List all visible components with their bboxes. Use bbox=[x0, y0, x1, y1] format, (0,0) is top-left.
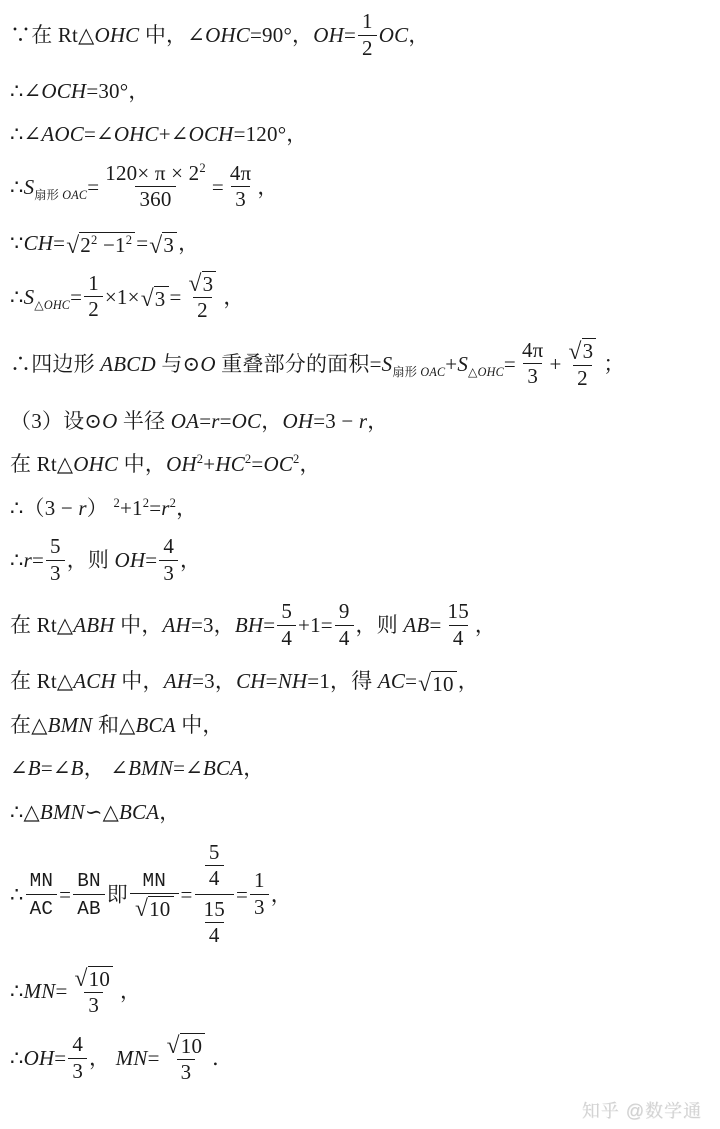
subscript: 扇形 OAC bbox=[34, 188, 87, 202]
math-variable: ABH bbox=[73, 613, 114, 637]
radicand: 10 bbox=[431, 671, 456, 696]
math-variable: B bbox=[71, 756, 84, 780]
numerator: 4π bbox=[226, 162, 256, 187]
math-variable: OAC bbox=[62, 188, 87, 202]
line-6-triangle-OHC-area: ∴S△OHC=12×1×√3=√32， bbox=[10, 273, 706, 325]
denominator: 2 bbox=[358, 35, 377, 61]
numerator: 5 bbox=[277, 600, 296, 625]
subscript: △OHC bbox=[468, 365, 504, 379]
line-19-final-answers: ∴OH=43， MN=√103． bbox=[10, 1034, 706, 1086]
math-variable: r bbox=[161, 496, 169, 520]
fraction: 54 bbox=[277, 600, 296, 650]
math-solution-document: ∵在 Rt△OHC 中，∠OHC=90°，OH=12OC，∴∠OCH=30°，∴… bbox=[0, 0, 720, 1087]
fraction: 120× π × 22360 bbox=[101, 162, 210, 212]
denominator: √10 bbox=[130, 893, 179, 921]
line-1-given-right-triangle-OHC: ∵在 Rt△OHC 中，∠OHC=90°，OH=12OC， bbox=[10, 12, 706, 62]
math-variable: O bbox=[102, 409, 117, 433]
numerator: 5 bbox=[205, 841, 224, 866]
denominator: 3 bbox=[46, 560, 65, 586]
line-18-MN-result: ∴MN=√103， bbox=[10, 967, 706, 1019]
math-variable: ACH bbox=[73, 669, 116, 693]
math-variable: AOC bbox=[41, 122, 84, 146]
denominator: 4 bbox=[335, 625, 354, 651]
denominator: 360 bbox=[135, 186, 175, 212]
math-variable: B bbox=[28, 756, 41, 780]
math-variable: OH bbox=[24, 1046, 55, 1070]
fraction: 54154 bbox=[195, 839, 234, 950]
math-roman: AB bbox=[77, 898, 101, 920]
numerator: MN bbox=[138, 868, 170, 894]
fraction: √103 bbox=[70, 965, 119, 1017]
fraction: 94 bbox=[335, 600, 354, 650]
math-variable: OCH bbox=[41, 79, 86, 103]
zhihu-watermark: 知乎 @数学通 bbox=[582, 1097, 702, 1123]
math-variable: S bbox=[382, 352, 393, 376]
square-root: √3 bbox=[569, 338, 597, 363]
denominator: 3 bbox=[84, 992, 103, 1018]
numerator: 1 bbox=[84, 272, 103, 297]
denominator: 4 bbox=[277, 625, 296, 651]
superscript: 2 bbox=[170, 496, 177, 510]
math-roman: BN bbox=[77, 870, 101, 892]
math-variable: OHC bbox=[478, 365, 504, 379]
radicand: 10 bbox=[180, 1033, 205, 1058]
square-root: √3 bbox=[189, 271, 217, 296]
math-variable: CH bbox=[236, 669, 266, 693]
denominator: 2 bbox=[84, 296, 103, 322]
fraction: 13 bbox=[250, 869, 269, 919]
line-12-triangle-ABH: 在 Rt△ABH 中，AH=3，BH=54+1=94，则 AB=154， bbox=[10, 602, 706, 652]
math-variable: BCA bbox=[119, 800, 159, 824]
radicand: 3 bbox=[162, 232, 177, 257]
square-root: √10 bbox=[135, 896, 174, 921]
denominator: 3 bbox=[523, 363, 542, 389]
fraction: MNAC bbox=[26, 868, 58, 920]
square-root: √3 bbox=[149, 232, 177, 257]
radical-sign-icon: √ bbox=[75, 967, 88, 991]
denominator: 4 bbox=[205, 865, 224, 891]
math-variable: HC bbox=[215, 452, 245, 476]
math-roman: MN bbox=[142, 870, 166, 892]
numerator: 4π bbox=[518, 339, 548, 364]
radical-sign-icon: √ bbox=[569, 340, 582, 364]
superscript: 2 bbox=[199, 161, 206, 175]
denominator: 3 bbox=[250, 894, 269, 920]
fraction: 12 bbox=[84, 272, 103, 322]
math-variable: OH bbox=[115, 548, 146, 572]
math-variable: BH bbox=[235, 613, 263, 637]
line-16-similar-triangles: ∴△BMN∽△BCA， bbox=[10, 798, 706, 826]
radical-sign-icon: √ bbox=[141, 287, 154, 311]
numerator: 120× π × 22 bbox=[101, 162, 210, 187]
numerator: 15 bbox=[444, 600, 473, 625]
math-variable: CH bbox=[24, 231, 54, 255]
denominator: 4 bbox=[205, 922, 224, 948]
superscript: 2 bbox=[143, 496, 150, 510]
math-variable: AC bbox=[378, 669, 405, 693]
line-14-triangles-BMN-BCA: 在△BMN 和△BCA 中， bbox=[10, 711, 706, 739]
fraction: MN√10 bbox=[130, 868, 179, 921]
radicand: 3 bbox=[154, 286, 169, 311]
numerator: 1 bbox=[250, 869, 269, 894]
denominator: 154 bbox=[195, 894, 234, 950]
fraction: 43 bbox=[159, 535, 178, 585]
math-variable: OC bbox=[379, 23, 409, 47]
math-variable: r bbox=[211, 409, 219, 433]
denominator: AC bbox=[26, 894, 58, 921]
math-variable: OHC bbox=[44, 298, 70, 312]
square-root: √10 bbox=[75, 966, 114, 991]
math-variable: OHC bbox=[114, 122, 159, 146]
math-variable: MN bbox=[116, 1046, 148, 1070]
line-9-pythagorean-OHC: 在 Rt△OHC 中，OH2+HC2=OC2， bbox=[10, 450, 706, 478]
denominator: 3 bbox=[231, 186, 250, 212]
math-variable: AH bbox=[163, 613, 191, 637]
math-variable: AH bbox=[164, 669, 192, 693]
math-variable: OH bbox=[313, 23, 344, 47]
numerator: √3 bbox=[184, 271, 222, 298]
subscript: △OHC bbox=[34, 298, 70, 312]
fraction: BNAB bbox=[73, 868, 105, 920]
radical-sign-icon: √ bbox=[149, 234, 162, 258]
line-11-solve-r-and-OH: ∴r=53，则 OH=43， bbox=[10, 537, 706, 587]
square-root: √10 bbox=[418, 671, 457, 696]
denominator: 3 bbox=[68, 1058, 87, 1084]
denominator: 3 bbox=[177, 1059, 196, 1085]
fraction: 4π3 bbox=[226, 162, 256, 212]
line-15-equal-angles: ∠B=∠B， ∠BMN=∠BCA， bbox=[10, 754, 706, 782]
math-variable: OH bbox=[166, 452, 197, 476]
math-variable: S bbox=[24, 284, 35, 308]
math-variable: BMN bbox=[48, 713, 93, 737]
math-variable: OC bbox=[263, 452, 293, 476]
numerator: √10 bbox=[162, 1032, 211, 1059]
radical-sign-icon: √ bbox=[167, 1034, 180, 1058]
math-variable: OCH bbox=[189, 122, 234, 146]
fraction: 4π3 bbox=[518, 339, 548, 389]
math-variable: S bbox=[24, 175, 35, 199]
radicand: 10 bbox=[148, 896, 173, 921]
line-10-equation: ∴（3 − r） 2+12=r2， bbox=[10, 494, 706, 522]
denominator: 2 bbox=[193, 297, 212, 323]
line-7-overlap-area-conclusion: ∴四边形 ABCD 与⊙O 重叠部分的面积=S扇形 OAC+S△OHC=4π3+… bbox=[10, 340, 706, 392]
denominator: AB bbox=[73, 894, 105, 921]
line-4-sector-area: ∴S扇形 OAC=120× π × 22360=4π3， bbox=[10, 164, 706, 214]
solution-lines: ∵在 Rt△OHC 中，∠OHC=90°，OH=12OC，∴∠OCH=30°，∴… bbox=[10, 12, 706, 1087]
square-root: √10 bbox=[167, 1033, 206, 1058]
math-roman: MN bbox=[30, 870, 54, 892]
math-variable: r bbox=[78, 496, 86, 520]
line-13-triangle-ACH: 在 Rt△ACH 中，AH=3，CH=NH=1，得 AC=√10， bbox=[10, 667, 706, 696]
superscript: 2 bbox=[245, 452, 252, 466]
fraction: √32 bbox=[184, 271, 222, 323]
fraction: 43 bbox=[68, 1033, 87, 1083]
denominator: 3 bbox=[159, 560, 178, 586]
math-variable: OAC bbox=[420, 365, 445, 379]
radical-sign-icon: √ bbox=[135, 897, 148, 921]
math-variable: S bbox=[457, 352, 468, 376]
math-variable: BMN bbox=[128, 756, 173, 780]
denominator: 2 bbox=[573, 365, 592, 391]
math-variable: MN bbox=[24, 979, 56, 1003]
fraction: 12 bbox=[358, 10, 377, 60]
fraction: 154 bbox=[200, 898, 229, 948]
math-variable: r bbox=[24, 548, 32, 572]
numerator: √3 bbox=[564, 338, 602, 365]
denominator: 4 bbox=[449, 625, 468, 651]
math-variable: OHC bbox=[205, 23, 250, 47]
math-roman: AC bbox=[30, 898, 54, 920]
line-3-angle-AOC: ∴∠AOC=∠OHC+∠OCH=120°， bbox=[10, 120, 706, 148]
superscript: 2 bbox=[126, 233, 133, 247]
numerator: BN bbox=[73, 868, 105, 894]
radicand: 22 −12 bbox=[79, 232, 135, 257]
numerator: 54 bbox=[200, 839, 229, 894]
math-variable: BMN bbox=[40, 800, 85, 824]
line-17-ratio-equation: ∴MNAC=BNAB即MN√10=54154=13， bbox=[10, 841, 706, 952]
radical-sign-icon: √ bbox=[189, 272, 202, 296]
math-variable: OA bbox=[171, 409, 199, 433]
numerator: √10 bbox=[70, 965, 119, 992]
math-variable: NH bbox=[278, 669, 308, 693]
numerator: 4 bbox=[159, 535, 178, 560]
superscript: 2 bbox=[293, 452, 300, 466]
radicand: 10 bbox=[88, 966, 113, 991]
radicand: 3 bbox=[582, 338, 597, 363]
math-variable: O bbox=[200, 352, 215, 376]
numerator: 15 bbox=[200, 898, 229, 923]
fraction: √32 bbox=[564, 338, 602, 390]
line-2-angle-OCH: ∴∠OCH=30°， bbox=[10, 77, 706, 105]
subscript: 扇形 OAC bbox=[392, 365, 445, 379]
math-variable: OHC bbox=[94, 23, 139, 47]
numerator: 9 bbox=[335, 600, 354, 625]
square-root: √22 −12 bbox=[66, 232, 135, 257]
math-variable: OH bbox=[282, 409, 313, 433]
line-8-part3-setup-radius: （3）设⊙O 半径 OA=r=OC，OH=3 − r， bbox=[10, 407, 706, 435]
fraction: 154 bbox=[444, 600, 473, 650]
fraction: 53 bbox=[46, 535, 65, 585]
line-5-CH-length: ∵CH=√22 −12=√3， bbox=[10, 229, 706, 258]
superscript: 2 bbox=[113, 496, 120, 510]
math-variable: OC bbox=[232, 409, 262, 433]
superscript: 2 bbox=[197, 452, 204, 466]
numerator: 5 bbox=[46, 535, 65, 560]
math-variable: AB bbox=[403, 613, 429, 637]
numerator: 1 bbox=[358, 10, 377, 35]
radicand: 3 bbox=[202, 271, 217, 296]
math-variable: BCA bbox=[136, 713, 176, 737]
fraction: 54 bbox=[205, 841, 224, 891]
radical-sign-icon: √ bbox=[66, 234, 79, 258]
math-variable: OHC bbox=[73, 452, 118, 476]
numerator: 4 bbox=[68, 1033, 87, 1058]
fraction: √103 bbox=[162, 1032, 211, 1084]
math-variable: ABCD bbox=[100, 352, 156, 376]
math-variable: r bbox=[359, 409, 367, 433]
superscript: 2 bbox=[91, 233, 98, 247]
square-root: √3 bbox=[141, 286, 169, 311]
math-variable: BCA bbox=[203, 756, 243, 780]
radical-sign-icon: √ bbox=[418, 672, 431, 696]
numerator: MN bbox=[26, 868, 58, 894]
